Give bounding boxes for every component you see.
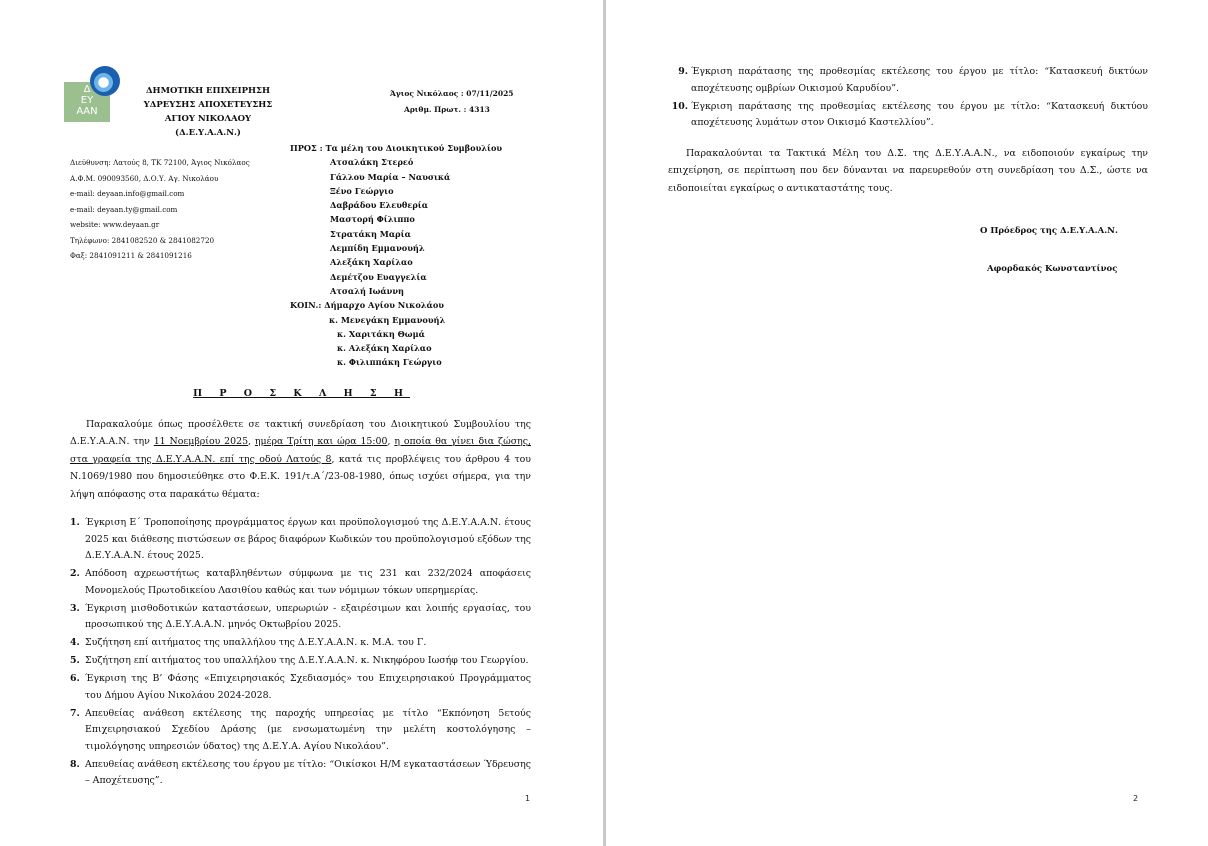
agenda-item-number: 9. [668, 64, 688, 81]
agenda-list-page-1: 1.Έγκριση Ε΄ Τροποποίησης προγράμματος έ… [70, 515, 531, 791]
signature-role: Ο Πρόεδρος της Δ.Ε.Υ.Α.Α.Ν. [980, 226, 1118, 236]
agenda-item-number: 4. [70, 635, 80, 652]
recipients-cc-label: ΚΟΙΝ.: Δήμαρχο Αγίου Νικολάου [290, 298, 502, 312]
recipient-name: κ. Αλεξάκη Χαρίλαο [290, 341, 502, 355]
agenda-item-number: 3. [70, 601, 80, 618]
agenda-item-text: Έγκριση μισθοδοτικών καταστάσεων, υπερωρ… [85, 603, 531, 631]
document-page-2: 9.Έγκριση παράτασης της προθεσμίας εκτέλ… [606, 0, 1208, 846]
agenda-item-text: Έγκριση της Β’ Φάσης «Επιχειρησιακός Σχε… [85, 673, 531, 701]
recipient-name: κ. Μενεγάκη Εμμανουήλ [290, 313, 502, 327]
recipient-name: Ξένο Γεώργιο [290, 184, 502, 198]
recipient-name: Ατσαλή Ιωάννη [290, 284, 502, 298]
document-page-1: Δ ΕΥ ΑΑΝ ΔΗΜΟΤΙΚΗ ΕΠΙΧΕΙΡΗΣΗ ΥΔΡΕΥΣΗΣ ΑΠ… [0, 0, 603, 846]
recipients-to-label: ΠΡΟΣ : Τα μέλη του Διοικητικού Συμβουλίο… [290, 141, 502, 155]
organization-name: ΔΗΜΟΤΙΚΗ ΕΠΙΧΕΙΡΗΣΗ ΥΔΡΕΥΣΗΣ ΑΠΟΧΕΤΕΥΣΗΣ… [128, 84, 288, 140]
recipient-name: Ατσαλάκη Στερεό [290, 155, 502, 169]
recipient-name: Γάλλου Μαρία – Ναυσικά [290, 170, 502, 184]
recipient-name: Λεμπίδη Εμμανουήλ [290, 241, 502, 255]
agenda-item: 5.Συζήτηση επί αιτήματος του υπαλλήλου τ… [70, 653, 531, 670]
agenda-item-text: Έγκριση παράτασης της προθεσμίας εκτέλεσ… [691, 101, 1148, 129]
agenda-item-number: 10. [668, 99, 688, 116]
agenda-item-text: Απευθείας ανάθεση εκτέλεσης της παροχής … [85, 708, 531, 752]
agenda-item: 3.Έγκριση μισθοδοτικών καταστάσεων, υπερ… [70, 601, 531, 634]
agenda-item: 4.Συζήτηση επί αιτήματος της υπαλλήλου τ… [70, 635, 531, 652]
agenda-item-text: Έγκριση παράτασης της προθεσμίας εκτέλεσ… [691, 66, 1148, 94]
recipient-name: Δεμέτζου Ευαγγελία [290, 270, 502, 284]
contact-fax: Φαξ: 2841091211 & 2841091216 [70, 248, 250, 264]
agenda-item-text: Συζήτηση επί αιτήματος της υπαλλήλου της… [85, 637, 426, 648]
agenda-item-number: 8. [70, 757, 80, 774]
recipient-name: Μαστορή Φίλιππο [290, 212, 502, 226]
document-title: Π Ρ Ο Σ Κ Λ Η Σ Η [0, 388, 603, 399]
closing-paragraph: Παρακαλούνται τα Τακτικά Μέλη του Δ.Σ. τ… [668, 145, 1148, 197]
agenda-item-number: 6. [70, 671, 80, 688]
agenda-item: 8.Απευθείας ανάθεση εκτέλεσης του έργου … [70, 757, 531, 790]
agenda-item-number: 5. [70, 653, 80, 670]
signature-name: Αφορδακός Κωνσταντίνος [987, 264, 1117, 274]
agenda-item: 7.Απευθείας ανάθεση εκτέλεσης της παροχή… [70, 706, 531, 756]
intro-paragraph: Παρακαλούμε όπως προσέλθετε σε τακτική σ… [70, 416, 531, 503]
agenda-item-number: 7. [70, 706, 80, 723]
agenda-item-number: 2. [70, 566, 80, 583]
document-meta: Άγιος Νικόλαος : 07/11/2025 Αριθμ. Πρωτ.… [390, 86, 514, 118]
agenda-item-text: Απευθείας ανάθεση εκτέλεσης του έργου με… [85, 759, 531, 787]
place-date: Άγιος Νικόλαος : 07/11/2025 [390, 86, 514, 102]
agenda-item-text: Απόδοση αχρεωστήτως καταβληθέντων σύμφων… [85, 568, 531, 596]
recipient-name: Αλεξάκη Χαρίλαο [290, 255, 502, 269]
contact-website: website: www.deyaan.gr [70, 217, 250, 233]
agenda-item: 10.Έγκριση παράτασης της προθεσμίας εκτέ… [668, 99, 1148, 132]
recipient-name: Στρατάκη Μαρία [290, 227, 502, 241]
contact-address: Διεύθυνση: Λατούς 8, ΤΚ 72100, Άγιος Νικ… [70, 155, 250, 171]
agenda-item: 2.Απόδοση αχρεωστήτως καταβληθέντων σύμφ… [70, 566, 531, 599]
agenda-item-text: Συζήτηση επί αιτήματος του υπαλλήλου της… [85, 655, 528, 666]
contact-phone: Τηλέφωνο: 2841082520 & 2841082720 [70, 233, 250, 249]
agenda-item-text: Έγκριση Ε΄ Τροποποίησης προγράμματος έργ… [85, 517, 531, 561]
deyaan-logo-icon: Δ ΕΥ ΑΑΝ [64, 66, 120, 122]
contact-info: Διεύθυνση: Λατούς 8, ΤΚ 72100, Άγιος Νικ… [70, 155, 250, 264]
water-drop-icon [90, 66, 120, 96]
contact-tax-id: Α.Φ.Μ. 090093560, Δ.Ο.Υ. Αγ. Νικολάου [70, 171, 250, 187]
agenda-item: 6.Έγκριση της Β’ Φάσης «Επιχειρησιακός Σ… [70, 671, 531, 704]
contact-email-2: e-mail: deyaan.ty@gmail.com [70, 202, 250, 218]
agenda-item: 1.Έγκριση Ε΄ Τροποποίησης προγράμματος έ… [70, 515, 531, 565]
recipients-cc-list: κ. Μενεγάκη Εμμανουήλκ. Χαριτάκη Θωμάκ. … [290, 313, 502, 370]
agenda-item-number: 1. [70, 515, 80, 532]
page-number: 2 [1133, 794, 1138, 803]
recipients-to-list: Ατσαλάκη ΣτερεόΓάλλου Μαρία – ΝαυσικάΞέν… [290, 155, 502, 298]
contact-email-1: e-mail: deyaan.info@gmail.com [70, 186, 250, 202]
agenda-item: 9.Έγκριση παράτασης της προθεσμίας εκτέλ… [668, 64, 1148, 97]
recipient-name: κ. Φιλιππάκη Γεώργιο [290, 355, 502, 369]
recipient-name: κ. Χαριτάκη Θωμά [290, 327, 502, 341]
recipient-name: Δαβράδου Ελευθερία [290, 198, 502, 212]
protocol-number: Αριθμ. Πρωτ. : 4313 [390, 102, 514, 118]
agenda-list-page-2: 9.Έγκριση παράτασης της προθεσμίας εκτέλ… [668, 64, 1148, 133]
page-number: 1 [525, 794, 530, 803]
recipients-block: ΠΡΟΣ : Τα μέλη του Διοικητικού Συμβουλίο… [290, 141, 502, 370]
